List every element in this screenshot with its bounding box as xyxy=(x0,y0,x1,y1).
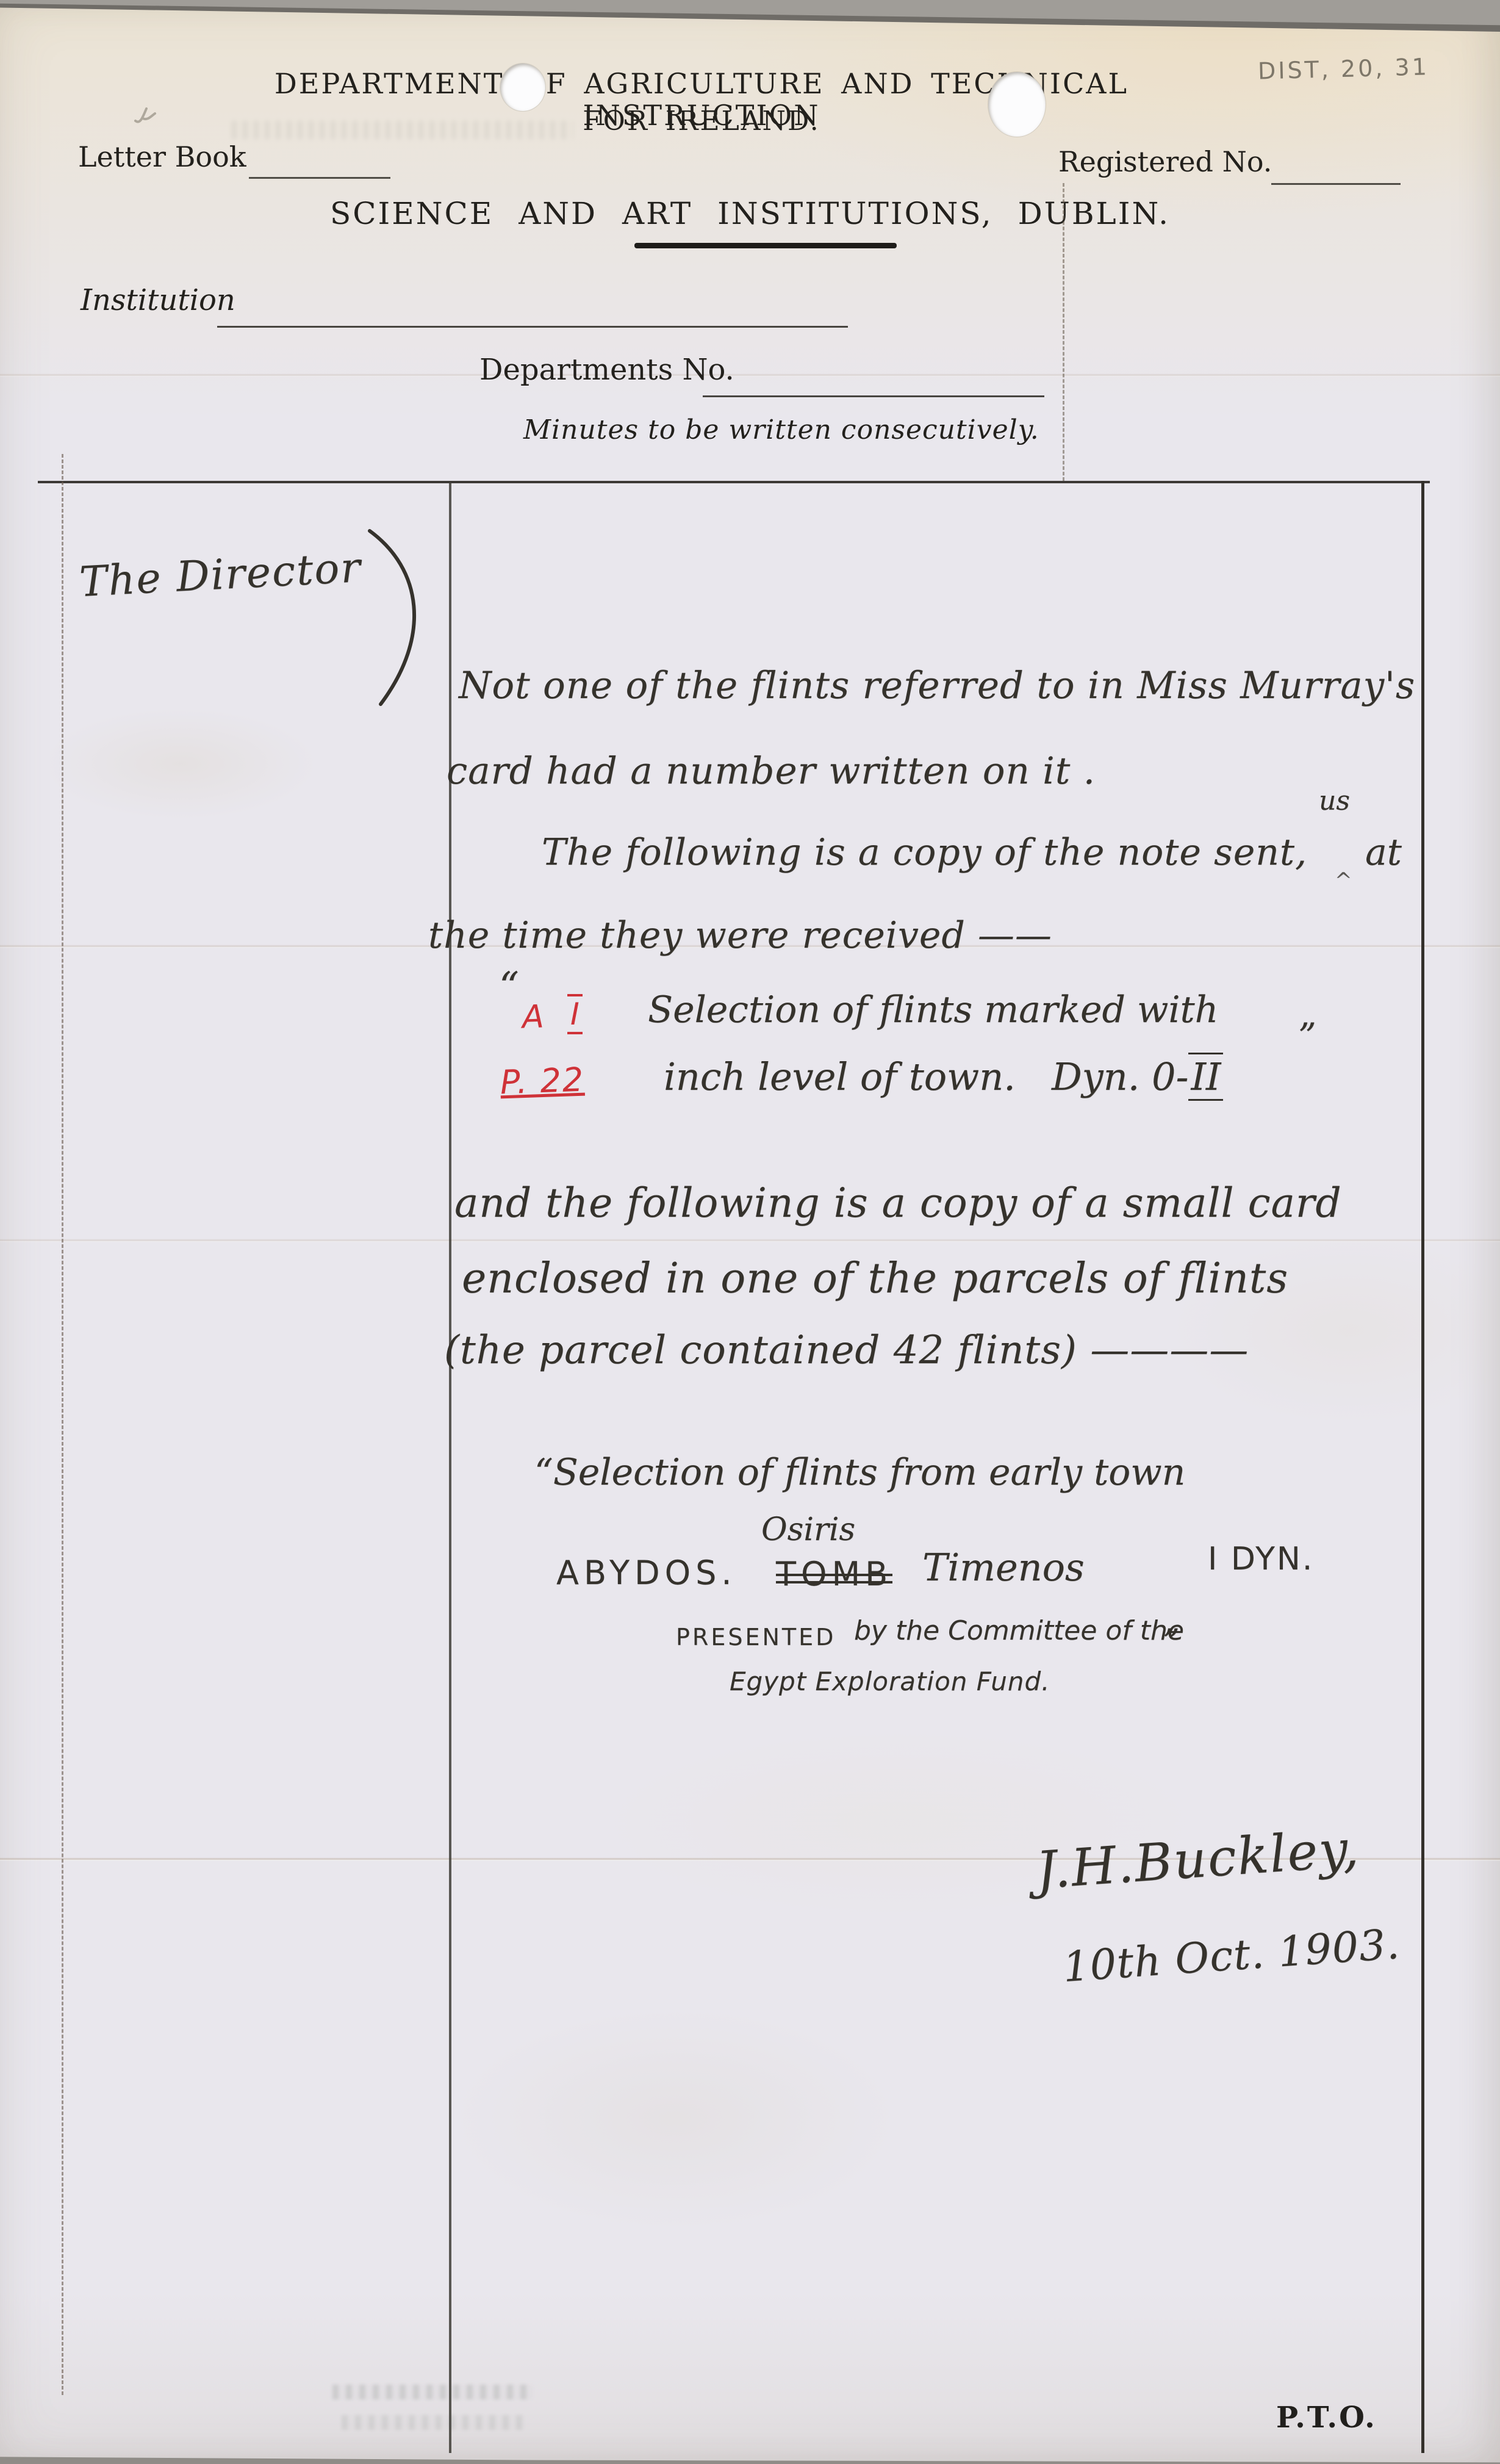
quoted-note-text: inch level of town. Dyn. 0- xyxy=(664,1054,1188,1099)
red-ref-numeral: I xyxy=(567,997,583,1031)
minute-line: The following is a copy of the note sent… xyxy=(542,832,1307,873)
quoted-note-line: Selection of flints marked with xyxy=(648,990,1218,1031)
addressee-bracket xyxy=(364,526,437,709)
open-quote: “ xyxy=(534,1451,553,1494)
interlinear-insertion: us xyxy=(1319,786,1350,816)
card-presented-rest: by the Committee of the xyxy=(854,1616,1184,1646)
close-quote: ” xyxy=(1298,1017,1316,1056)
institutions-title: SCIENCE AND ART INSTITUTIONS, DUBLIN. xyxy=(0,196,1500,231)
pencil-mark xyxy=(131,103,160,132)
right-border-line xyxy=(1421,481,1424,2453)
title-underline xyxy=(634,243,897,248)
card-dynasty: I DYN. xyxy=(1208,1541,1314,1577)
card-site-name: ABYDOS. xyxy=(556,1555,737,1591)
dashed-column-line xyxy=(1063,183,1064,481)
minute-line: Not one of the flints referred to in Mis… xyxy=(459,665,1415,707)
bleedthrough-stamp xyxy=(342,2415,525,2430)
open-quote: “ xyxy=(499,965,519,1009)
card-replacement-word: Timenos xyxy=(922,1546,1085,1588)
roman-numeral: II xyxy=(1188,1053,1223,1101)
signature-name: J.H.Buckley, xyxy=(1034,1820,1361,1900)
card-copy-text: Selection of flints from early town xyxy=(553,1451,1186,1494)
addressee: The Director xyxy=(78,545,362,606)
signature-date: 10th Oct. 1903. xyxy=(1061,1922,1401,1992)
red-ref-letter: A xyxy=(522,999,545,1035)
card-correction-word: Osiris xyxy=(761,1512,855,1547)
minutes-note: Minutes to be written consecutively. xyxy=(523,415,1039,445)
scanned-minute-form: DIST, 20, 31 DEPARTMENT OF AGRICULTURE A… xyxy=(0,0,1500,2464)
institution-label: Institution xyxy=(81,284,235,317)
punch-hole xyxy=(988,72,1046,137)
punch-hole xyxy=(500,63,545,111)
minute-line: and the following is a copy of a small c… xyxy=(454,1181,1342,1226)
letter-book-label: Letter Book xyxy=(78,142,246,173)
registered-no-label: Registered No. xyxy=(1058,146,1272,178)
document-paper: DIST, 20, 31 DEPARTMENT OF AGRICULTURE A… xyxy=(0,0,1500,2464)
departments-no-blank-line xyxy=(703,395,1044,397)
departments-no-label: Departments No. xyxy=(479,354,734,387)
minute-line: the time they were received —— xyxy=(428,915,1052,956)
ink-bleedthrough-smudge xyxy=(232,121,573,139)
red-ref-page: P. 22 xyxy=(500,1062,585,1101)
roman-numeral: I xyxy=(567,994,583,1034)
insertion-caret: ^ xyxy=(1335,869,1352,892)
archive-ref: DIST, 20, 31 xyxy=(1257,54,1429,84)
paper-texture xyxy=(0,0,1500,2464)
minute-line: at xyxy=(1365,832,1402,873)
fold-crease xyxy=(0,373,1500,377)
card-fund-line: Egypt Exploration Fund. xyxy=(730,1667,1050,1696)
left-margin-line xyxy=(62,454,63,2395)
registered-no-blank-line xyxy=(1271,183,1401,185)
quoted-note-line: inch level of town. Dyn. 0-II xyxy=(664,1056,1223,1098)
card-deleted-word: TOMB xyxy=(776,1556,892,1593)
card-presented-word: PRESENTED xyxy=(676,1624,836,1651)
fold-crease xyxy=(0,1239,1500,1242)
minute-line: card had a number written on it . xyxy=(447,751,1096,792)
table-top-rule xyxy=(38,481,1430,483)
minute-line: (the parcel contained 42 flints) ———— xyxy=(444,1329,1249,1373)
minute-line: enclosed in one of the parcels of flints xyxy=(462,1256,1288,1302)
card-copy-line1: “Selection of flints from early town xyxy=(534,1452,1185,1493)
institution-blank-line xyxy=(217,326,848,328)
pto-label: P.T.O. xyxy=(1276,2402,1377,2435)
close-quote: ” xyxy=(1163,1623,1180,1660)
letter-book-blank-line xyxy=(249,177,390,179)
bleedthrough-stamp xyxy=(332,2385,534,2399)
